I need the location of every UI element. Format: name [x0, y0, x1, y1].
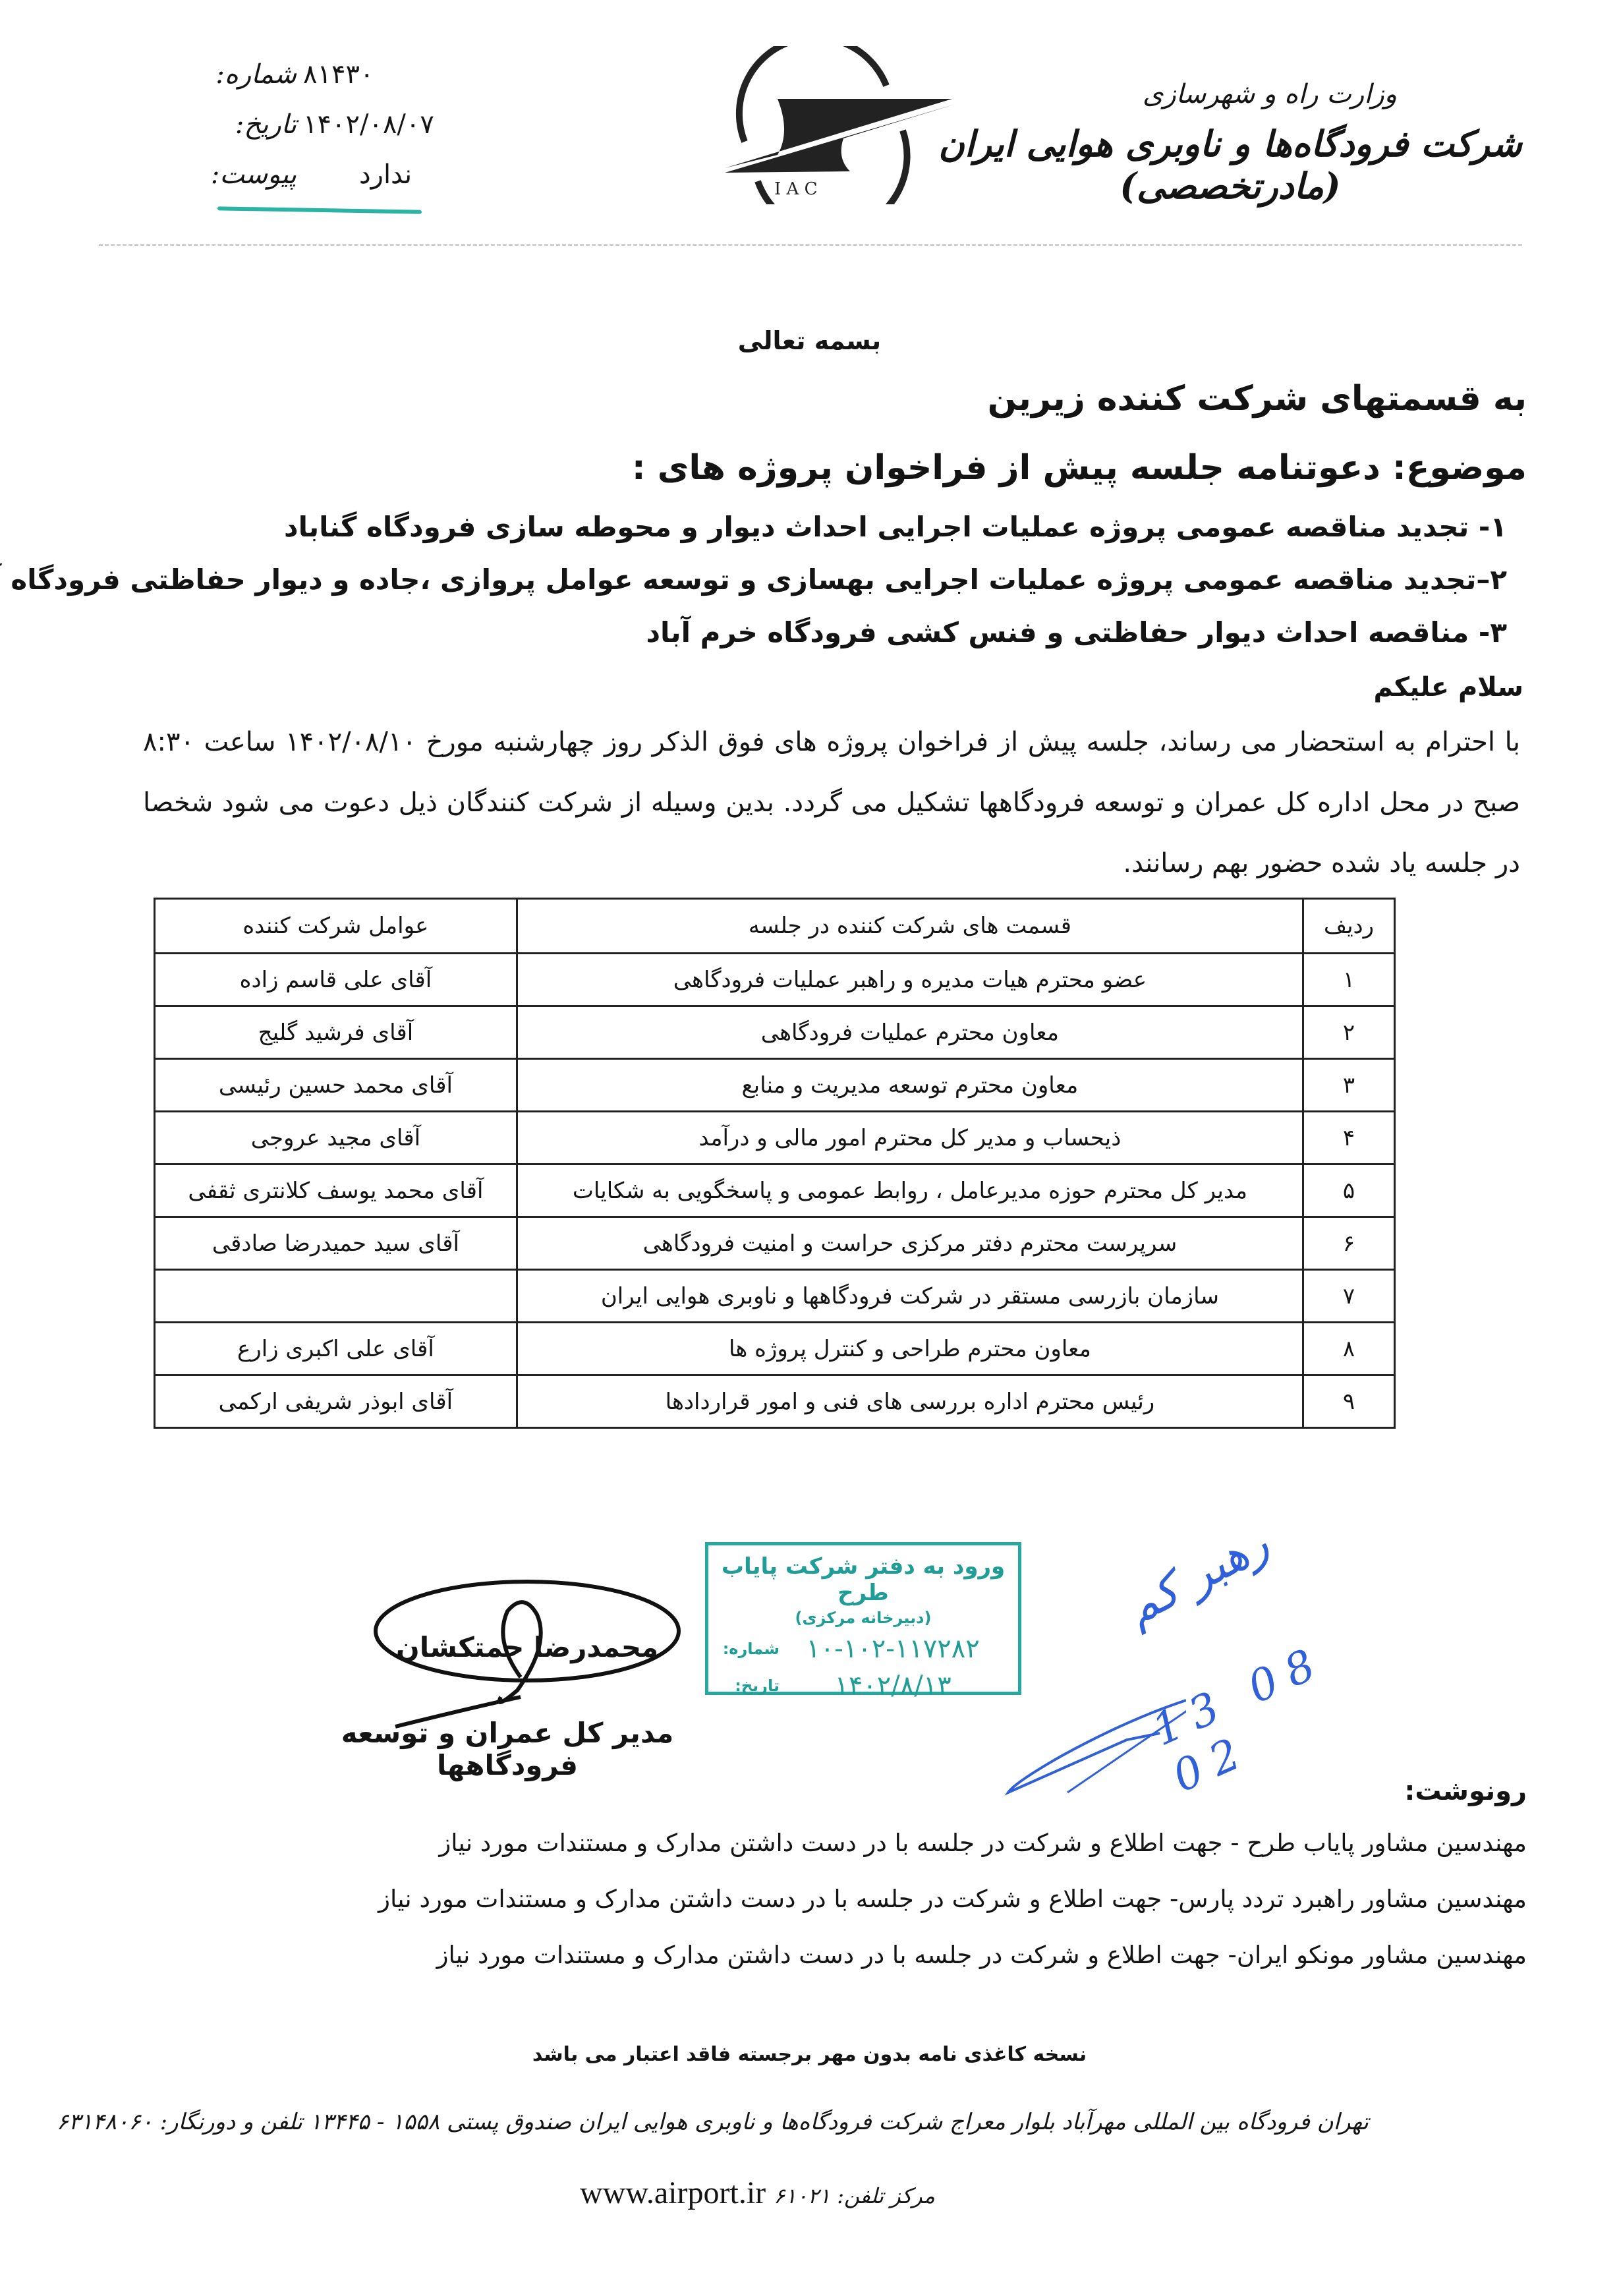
iac-logo-icon: I A C: [685, 46, 962, 204]
cell-department: معاون محترم عملیات فرودگاهی: [517, 1006, 1303, 1059]
project-item: ۱- تجدید مناقصه عمومی پروژه عملیات اجرای…: [284, 511, 1507, 543]
cell-department: سرپرست محترم دفتر مرکزی حراست و امنیت فر…: [517, 1217, 1303, 1270]
meta-date-label: تاریخ:: [217, 109, 297, 140]
pen-stroke-icon: [909, 1694, 1186, 1799]
meta-number-row: شماره: ۸۱۴۳۰: [217, 59, 468, 109]
header-department: قسمت های شرکت کننده در جلسه: [517, 899, 1303, 954]
footer-contact: مرکز تلفن: ۶۱۰۲۱ www.airport.ir: [580, 2175, 935, 2211]
table-row: آقای محمد یوسف کلانتری ثقفی مدیر کل محتر…: [155, 1164, 1395, 1217]
handwritten-date: 13 08 02: [1145, 1594, 1444, 1802]
table-row: آقای فرشید گلیج معاون محترم عملیات فرودگ…: [155, 1006, 1395, 1059]
meta-attachment-value: ندارد: [303, 159, 468, 190]
cell-department: سازمان بازرسی مستقر در شرکت فرودگاهها و …: [517, 1270, 1303, 1323]
cell-agent: آقای مجید عروجی: [155, 1112, 517, 1164]
receipt-stamp: ورود به دفتر شرکت پایاب طرح (دبیرخانه مر…: [705, 1542, 1021, 1695]
table-row: آقای ابوذر شریفی ارکمی رئیس محترم اداره …: [155, 1375, 1395, 1428]
meta-number-value: ۸۱۴۳۰: [303, 59, 468, 90]
stamp-number-label: شماره:: [720, 1640, 780, 1658]
cell-agent: آقای فرشید گلیج: [155, 1006, 517, 1059]
project-item: ۳- مناقصه احداث دیوار حفاظتی و فنس کشی ف…: [646, 616, 1507, 648]
stamp-number-row: شماره: ۱۰-۱۰۲-۱۱۷۲۸۲: [708, 1634, 1018, 1664]
cc-label: رونوشت:: [1404, 1776, 1527, 1806]
cell-index: ۸: [1303, 1323, 1394, 1375]
cell-department: ذیحساب و مدیر کل محترم امور مالی و درآمد: [517, 1112, 1303, 1164]
stamp-date-label: تاریخ:: [720, 1677, 780, 1695]
cell-index: ۲: [1303, 1006, 1394, 1059]
meta-number-label: شماره:: [217, 59, 297, 90]
header-index: ردیف: [1303, 899, 1394, 954]
body-paragraph: با احترام به استحضار می رساند، جلسه پیش …: [143, 712, 1520, 894]
addressee: به قسمتهای شرکت کننده زیرین: [988, 379, 1527, 418]
stamp-title: ورود به دفتر شرکت پایاب طرح: [708, 1553, 1018, 1606]
cell-index: ۵: [1303, 1164, 1394, 1217]
cell-index: ۷: [1303, 1270, 1394, 1323]
meta-attachment-row: پیوست: ندارد: [217, 159, 468, 210]
company-name: شرکت فرودگاه‌ها و ناوبری هوایی ایران (ما…: [934, 123, 1527, 207]
cc-item: مهندسین مشاور پایاب طرح - جهت اطلاع و شر…: [439, 1829, 1527, 1857]
ministry-name: وزارت راه و شهرسازی: [934, 79, 1606, 109]
signatory-title: مدیر کل عمران و توسعه فرودگاهها: [310, 1717, 705, 1781]
cell-department: مدیر کل محترم حوزه مدیرعامل ، روابط عموم…: [517, 1164, 1303, 1217]
cc-item: مهندسین مشاور راهبرد تردد پارس- جهت اطلا…: [378, 1885, 1527, 1913]
company-address: تهران فرودگاه بین المللی مهرآباد بلوار م…: [57, 2109, 1369, 2135]
cell-index: ۱: [1303, 954, 1394, 1006]
center-phone: مرکز تلفن: ۶۱۰۲۱: [774, 2183, 935, 2208]
header-divider: [99, 244, 1522, 246]
website-link[interactable]: www.airport.ir: [580, 2175, 766, 2211]
stamp-subtitle: (دبیرخانه مرکزی): [708, 1609, 1018, 1627]
table-row: آقای علی اکبری زارع معاون محترم طراحی و …: [155, 1323, 1395, 1375]
cell-index: ۶: [1303, 1217, 1394, 1270]
cell-department: معاون محترم طراحی و کنترل پروژه ها: [517, 1323, 1303, 1375]
meta-date-value: ۱۴۰۲/۰۸/۰۷: [303, 109, 468, 140]
cell-agent: آقای محمد یوسف کلانتری ثقفی: [155, 1164, 517, 1217]
cell-index: ۳: [1303, 1059, 1394, 1112]
subject: موضوع: دعوتنامه جلسه پیش از فراخوان پروژ…: [632, 448, 1527, 488]
letterhead-org: وزارت راه و شهرسازی شرکت فرودگاه‌ها و نا…: [934, 79, 1527, 207]
validity-notice: نسخه کاغذی نامه بدون مهر برجسته فاقد اعت…: [0, 2043, 1619, 2066]
participants-table: عوامل شرکت کننده قسمت های شرکت کننده در …: [154, 898, 1396, 1429]
cc-item: مهندسین مشاور مونکو ایران- جهت اطلاع و ش…: [437, 1941, 1527, 1969]
project-item: ۲–تجدید مناقصه عمومی پروژه عملیات اجرایی…: [0, 563, 1507, 596]
meta-date-row: تاریخ: ۱۴۰۲/۰۸/۰۷: [217, 109, 468, 159]
table-row: آقای سید حمیدرضا صادقی سرپرست محترم دفتر…: [155, 1217, 1395, 1270]
meta-attachment-label: پیوست:: [217, 159, 297, 190]
cell-index: ۹: [1303, 1375, 1394, 1428]
table-header-row: عوامل شرکت کننده قسمت های شرکت کننده در …: [155, 899, 1395, 954]
header-agent: عوامل شرکت کننده: [155, 899, 517, 954]
letter-meta: شماره: ۸۱۴۳۰ تاریخ: ۱۴۰۲/۰۸/۰۷ پیوست: ند…: [217, 59, 468, 210]
stamp-number-value: ۱۰-۱۰۲-۱۱۷۲۸۲: [780, 1634, 1006, 1664]
bismillah: بسمه تعالی: [0, 326, 1619, 355]
greeting: سلام علیکم: [1373, 672, 1523, 703]
handwritten-text: رهبر کم: [1116, 1516, 1277, 1636]
table-row: آقای مجید عروجی ذیحساب و مدیر کل محترم ا…: [155, 1112, 1395, 1164]
cell-agent: آقای سید حمیدرضا صادقی: [155, 1217, 517, 1270]
cell-agent: آقای علی قاسم زاده: [155, 954, 517, 1006]
cell-agent: آقای علی اکبری زارع: [155, 1323, 517, 1375]
logo-text: I A C: [774, 179, 817, 199]
signatory-name: محمدرضا حمتکشان: [369, 1631, 685, 1663]
cell-agent: آقای محمد حسین رئیسی: [155, 1059, 517, 1112]
table-row: آقای محمد حسین رئیسی معاون محترم توسعه م…: [155, 1059, 1395, 1112]
cell-index: ۴: [1303, 1112, 1394, 1164]
cell-department: معاون محترم توسعه مدیریت و منابع: [517, 1059, 1303, 1112]
cell-agent: آقای ابوذر شریفی ارکمی: [155, 1375, 517, 1428]
cell-agent: [155, 1270, 517, 1323]
table-row: آقای علی قاسم زاده عضو محترم هیات مدیره …: [155, 954, 1395, 1006]
table-row: سازمان بازرسی مستقر در شرکت فرودگاهها و …: [155, 1270, 1395, 1323]
cell-department: عضو محترم هیات مدیره و راهبر عملیات فرود…: [517, 954, 1303, 1006]
cell-department: رئیس محترم اداره بررسی های فنی و امور قر…: [517, 1375, 1303, 1428]
